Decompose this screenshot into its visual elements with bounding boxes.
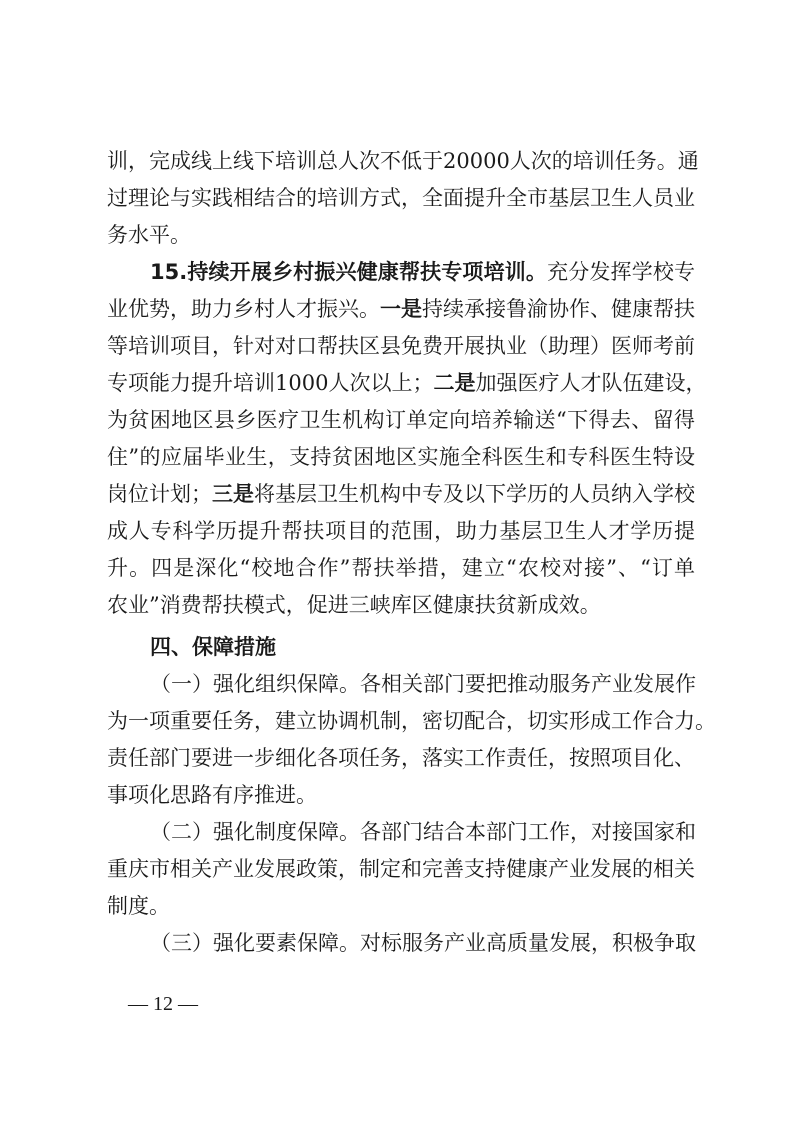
text-line: （三）强化要素保障。对标服务产业高质量发展，积极争取 bbox=[150, 928, 695, 958]
bold-marker-1: 一是 bbox=[380, 297, 422, 321]
bold-marker-2: 二是 bbox=[433, 371, 475, 395]
text-line: 制度。 bbox=[107, 891, 695, 921]
text-span: 持续承接鲁渝协作、健康帮扶 bbox=[422, 297, 695, 321]
text-span: 岗位计划； bbox=[107, 482, 212, 506]
text-line: （一）强化组织保障。各相关部门要把推动服务产业发展作 bbox=[150, 669, 695, 699]
document-page: 训，完成线上线下培训总人次不低于20000人次的培训任务。通 过理论与实践相结合… bbox=[0, 0, 794, 1123]
text-line: 务水平。 bbox=[107, 220, 695, 250]
text-line: 住”的应届毕业生，支持贫困地区实施全科医生和专科医生特设 bbox=[107, 442, 695, 472]
item-15-first-line: 15.持续开展乡村振兴健康帮扶专项培训。充分发挥学校专 bbox=[150, 257, 695, 287]
text-span: 将基层卫生机构中专及以下学历的人员纳入学校 bbox=[254, 482, 695, 506]
text-line: 岗位计划；三是将基层卫生机构中专及以下学历的人员纳入学校 bbox=[107, 479, 695, 509]
text-line: （二）强化制度保障。各部门结合本部门工作，对接国家和 bbox=[150, 817, 695, 847]
text-span: 业优势，助力乡村人才振兴。 bbox=[107, 297, 380, 321]
text-line: 农业”消费帮扶模式，促进三峡库区健康扶贫新成效。 bbox=[107, 590, 695, 620]
text-span: 充分发挥学校专 bbox=[547, 260, 695, 284]
text-span: 专项能力提升培训1000人次以上； bbox=[107, 371, 433, 395]
text-line: 升。四是深化“校地合作”帮扶举措，建立“农校对接”、“订单 bbox=[107, 553, 695, 583]
bold-marker-3: 三是 bbox=[212, 482, 254, 506]
text-line: 过理论与实践相结合的培训方式，全面提升全市基层卫生人员业 bbox=[107, 183, 695, 213]
text-line: 等培训项目，针对对口帮扶区县免费开展执业（助理）医师考前 bbox=[107, 331, 695, 361]
text-line: 为一项重要任务，建立协调机制，密切配合，切实形成工作合力。 bbox=[107, 706, 695, 736]
item-15-heading: 15.持续开展乡村振兴健康帮扶专项培训。 bbox=[150, 260, 547, 284]
text-line: 训，完成线上线下培训总人次不低于20000人次的培训任务。通 bbox=[107, 146, 695, 176]
text-line: 责任部门要进一步细化各项任务，落实工作责任，按照项目化、 bbox=[107, 743, 695, 773]
text-line: 专项能力提升培训1000人次以上；二是加强医疗人才队伍建设， bbox=[107, 368, 695, 398]
text-line: 业优势，助力乡村人才振兴。一是持续承接鲁渝协作、健康帮扶 bbox=[107, 294, 695, 324]
text-line: 重庆市相关产业发展政策，制定和完善支持健康产业发展的相关 bbox=[107, 854, 695, 884]
text-line: 为贫困地区县乡医疗卫生机构订单定向培养输送“下得去、留得 bbox=[107, 405, 695, 435]
text-line: 成人专科学历提升帮扶项目的范围，助力基层卫生人才学历提 bbox=[107, 516, 695, 546]
text-line: 事项化思路有序推进。 bbox=[107, 780, 695, 810]
section-heading: 四、保障措施 bbox=[150, 632, 695, 662]
page-number: — 12 — bbox=[128, 991, 198, 1017]
text-span: 加强医疗人才队伍建设， bbox=[475, 371, 706, 395]
